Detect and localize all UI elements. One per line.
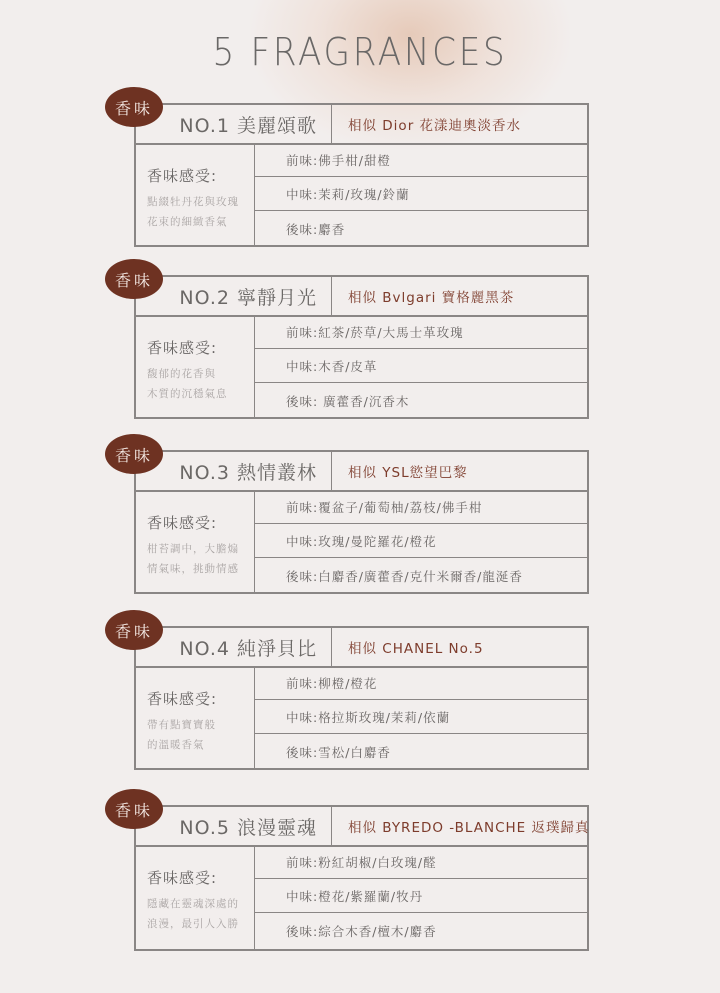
middle-note: 中味:格拉斯玫瑰/茉莉/依蘭 (255, 700, 587, 734)
scent-feel-desc: 隱藏在靈魂深處的 (147, 894, 254, 914)
fragrance-name: NO.1 美麗頌歌 (136, 105, 332, 143)
base-note: 後味: 廣藿香/沉香木 (255, 383, 587, 419)
page-title: 5 FRAGRANCES (36, 30, 684, 74)
scent-badge: 香味 (105, 789, 163, 829)
top-note: 前味:紅茶/菸草/大馬士革玫瑰 (255, 315, 587, 349)
similar-perfume: 相似 Dior 花漾迪奧淡香水 (348, 105, 521, 143)
scent-feel-label: 香味感受: (147, 688, 254, 709)
top-note: 前味:覆盆子/葡萄柚/荔枝/佛手柑 (255, 490, 587, 524)
scent-badge: 香味 (105, 610, 163, 650)
base-note: 後味:白麝香/廣藿香/克什米爾香/龍涎香 (255, 558, 587, 594)
fragrance-card-2: 香味 NO.2 寧靜月光 相似 Bvlgari 寶格麗黑茶 香味感受: 馥郁的花… (105, 259, 591, 439)
fragrance-header: NO.5 浪漫靈魂 相似 BYREDO -BLANCHE 返璞歸真 (136, 807, 587, 847)
notes-list: 前味:柳橙/橙花 中味:格拉斯玫瑰/茉莉/依蘭 後味:雪松/白麝香 (255, 666, 587, 768)
middle-note: 中味:茉莉/玫瑰/鈴蘭 (255, 177, 587, 211)
fragrance-header: NO.4 純淨貝比 相似 CHANEL No.5 (136, 628, 587, 668)
fragrance-name: NO.5 浪漫靈魂 (136, 807, 332, 845)
middle-note: 中味:木香/皮革 (255, 349, 587, 383)
fragrance-card-5: 香味 NO.5 浪漫靈魂 相似 BYREDO -BLANCHE 返璞歸真 香味感… (105, 789, 591, 969)
similar-perfume: 相似 BYREDO -BLANCHE 返璞歸真 (348, 807, 590, 845)
scent-feel-desc: 花束的細緻香氣 (147, 212, 254, 232)
fragrance-card-1: 香味 NO.1 美麗頌歌 相似 Dior 花漾迪奧淡香水 香味感受: 點綴牡丹花… (105, 87, 591, 267)
scent-feel-desc: 點綴牡丹花與玫瑰 (147, 192, 254, 212)
notes-list: 前味:粉紅胡椒/白玫瑰/醛 中味:橙花/紫羅蘭/牧丹 後味:綜合木香/檀木/麝香 (255, 845, 587, 949)
scent-feel-cell: 香味感受: 馥郁的花香與 木質的沉穩氣息 (136, 315, 255, 417)
scent-feel-desc: 情氣味，挑動情感 (147, 559, 254, 579)
similar-perfume: 相似 YSL慾望巴黎 (348, 452, 468, 490)
middle-note: 中味:橙花/紫羅蘭/牧丹 (255, 879, 587, 913)
scent-feel-desc: 帶有點寶寶般 (147, 715, 254, 735)
scent-feel-desc: 柑苔調中，大膽煽 (147, 539, 254, 559)
base-note: 後味:麝香 (255, 211, 587, 247)
top-note: 前味:佛手柑/甜橙 (255, 143, 587, 177)
fragrance-name: NO.2 寧靜月光 (136, 277, 332, 315)
fragrance-name: NO.3 熱情叢林 (136, 452, 332, 490)
fragrance-card-4: 香味 NO.4 純淨貝比 相似 CHANEL No.5 香味感受: 帶有點寶寶般… (105, 610, 591, 790)
fragrance-table: NO.4 純淨貝比 相似 CHANEL No.5 香味感受: 帶有點寶寶般 的溫… (134, 626, 589, 770)
scent-feel-desc: 浪漫，最引人入勝 (147, 914, 254, 934)
notes-list: 前味:覆盆子/葡萄柚/荔枝/佛手柑 中味:玫瑰/曼陀羅花/橙花 後味:白麝香/廣… (255, 490, 587, 592)
base-note: 後味:雪松/白麝香 (255, 734, 587, 770)
top-note: 前味:粉紅胡椒/白玫瑰/醛 (255, 845, 587, 879)
scent-badge: 香味 (105, 434, 163, 474)
fragrance-table: NO.5 浪漫靈魂 相似 BYREDO -BLANCHE 返璞歸真 香味感受: … (134, 805, 589, 951)
notes-list: 前味:佛手柑/甜橙 中味:茉莉/玫瑰/鈴蘭 後味:麝香 (255, 143, 587, 245)
scent-feel-desc: 木質的沉穩氣息 (147, 384, 254, 404)
fragrance-header: NO.2 寧靜月光 相似 Bvlgari 寶格麗黑茶 (136, 277, 587, 317)
scent-feel-cell: 香味感受: 柑苔調中，大膽煽 情氣味，挑動情感 (136, 490, 255, 592)
scent-badge: 香味 (105, 87, 163, 127)
scent-feel-label: 香味感受: (147, 337, 254, 358)
fragrance-name: NO.4 純淨貝比 (136, 628, 332, 666)
scent-feel-cell: 香味感受: 隱藏在靈魂深處的 浪漫，最引人入勝 (136, 845, 255, 949)
similar-perfume: 相似 CHANEL No.5 (348, 628, 484, 666)
top-note: 前味:柳橙/橙花 (255, 666, 587, 700)
fragrance-header: NO.1 美麗頌歌 相似 Dior 花漾迪奧淡香水 (136, 105, 587, 145)
fragrance-table: NO.3 熱情叢林 相似 YSL慾望巴黎 香味感受: 柑苔調中，大膽煽 情氣味，… (134, 450, 589, 594)
scent-feel-cell: 香味感受: 帶有點寶寶般 的溫暖香氣 (136, 666, 255, 768)
scent-feel-desc: 馥郁的花香與 (147, 364, 254, 384)
fragrance-card-3: 香味 NO.3 熱情叢林 相似 YSL慾望巴黎 香味感受: 柑苔調中，大膽煽 情… (105, 434, 591, 614)
middle-note: 中味:玫瑰/曼陀羅花/橙花 (255, 524, 587, 558)
fragrance-table: NO.1 美麗頌歌 相似 Dior 花漾迪奧淡香水 香味感受: 點綴牡丹花與玫瑰… (134, 103, 589, 247)
scent-badge: 香味 (105, 259, 163, 299)
fragrance-header: NO.3 熱情叢林 相似 YSL慾望巴黎 (136, 452, 587, 492)
scent-feel-desc: 的溫暖香氣 (147, 735, 254, 755)
base-note: 後味:綜合木香/檀木/麝香 (255, 913, 587, 949)
notes-list: 前味:紅茶/菸草/大馬士革玫瑰 中味:木香/皮革 後味: 廣藿香/沉香木 (255, 315, 587, 417)
similar-perfume: 相似 Bvlgari 寶格麗黑茶 (348, 277, 514, 315)
scent-feel-label: 香味感受: (147, 165, 254, 186)
scent-feel-cell: 香味感受: 點綴牡丹花與玫瑰 花束的細緻香氣 (136, 143, 255, 245)
scent-feel-label: 香味感受: (147, 512, 254, 533)
fragrance-table: NO.2 寧靜月光 相似 Bvlgari 寶格麗黑茶 香味感受: 馥郁的花香與 … (134, 275, 589, 419)
scent-feel-label: 香味感受: (147, 867, 254, 888)
